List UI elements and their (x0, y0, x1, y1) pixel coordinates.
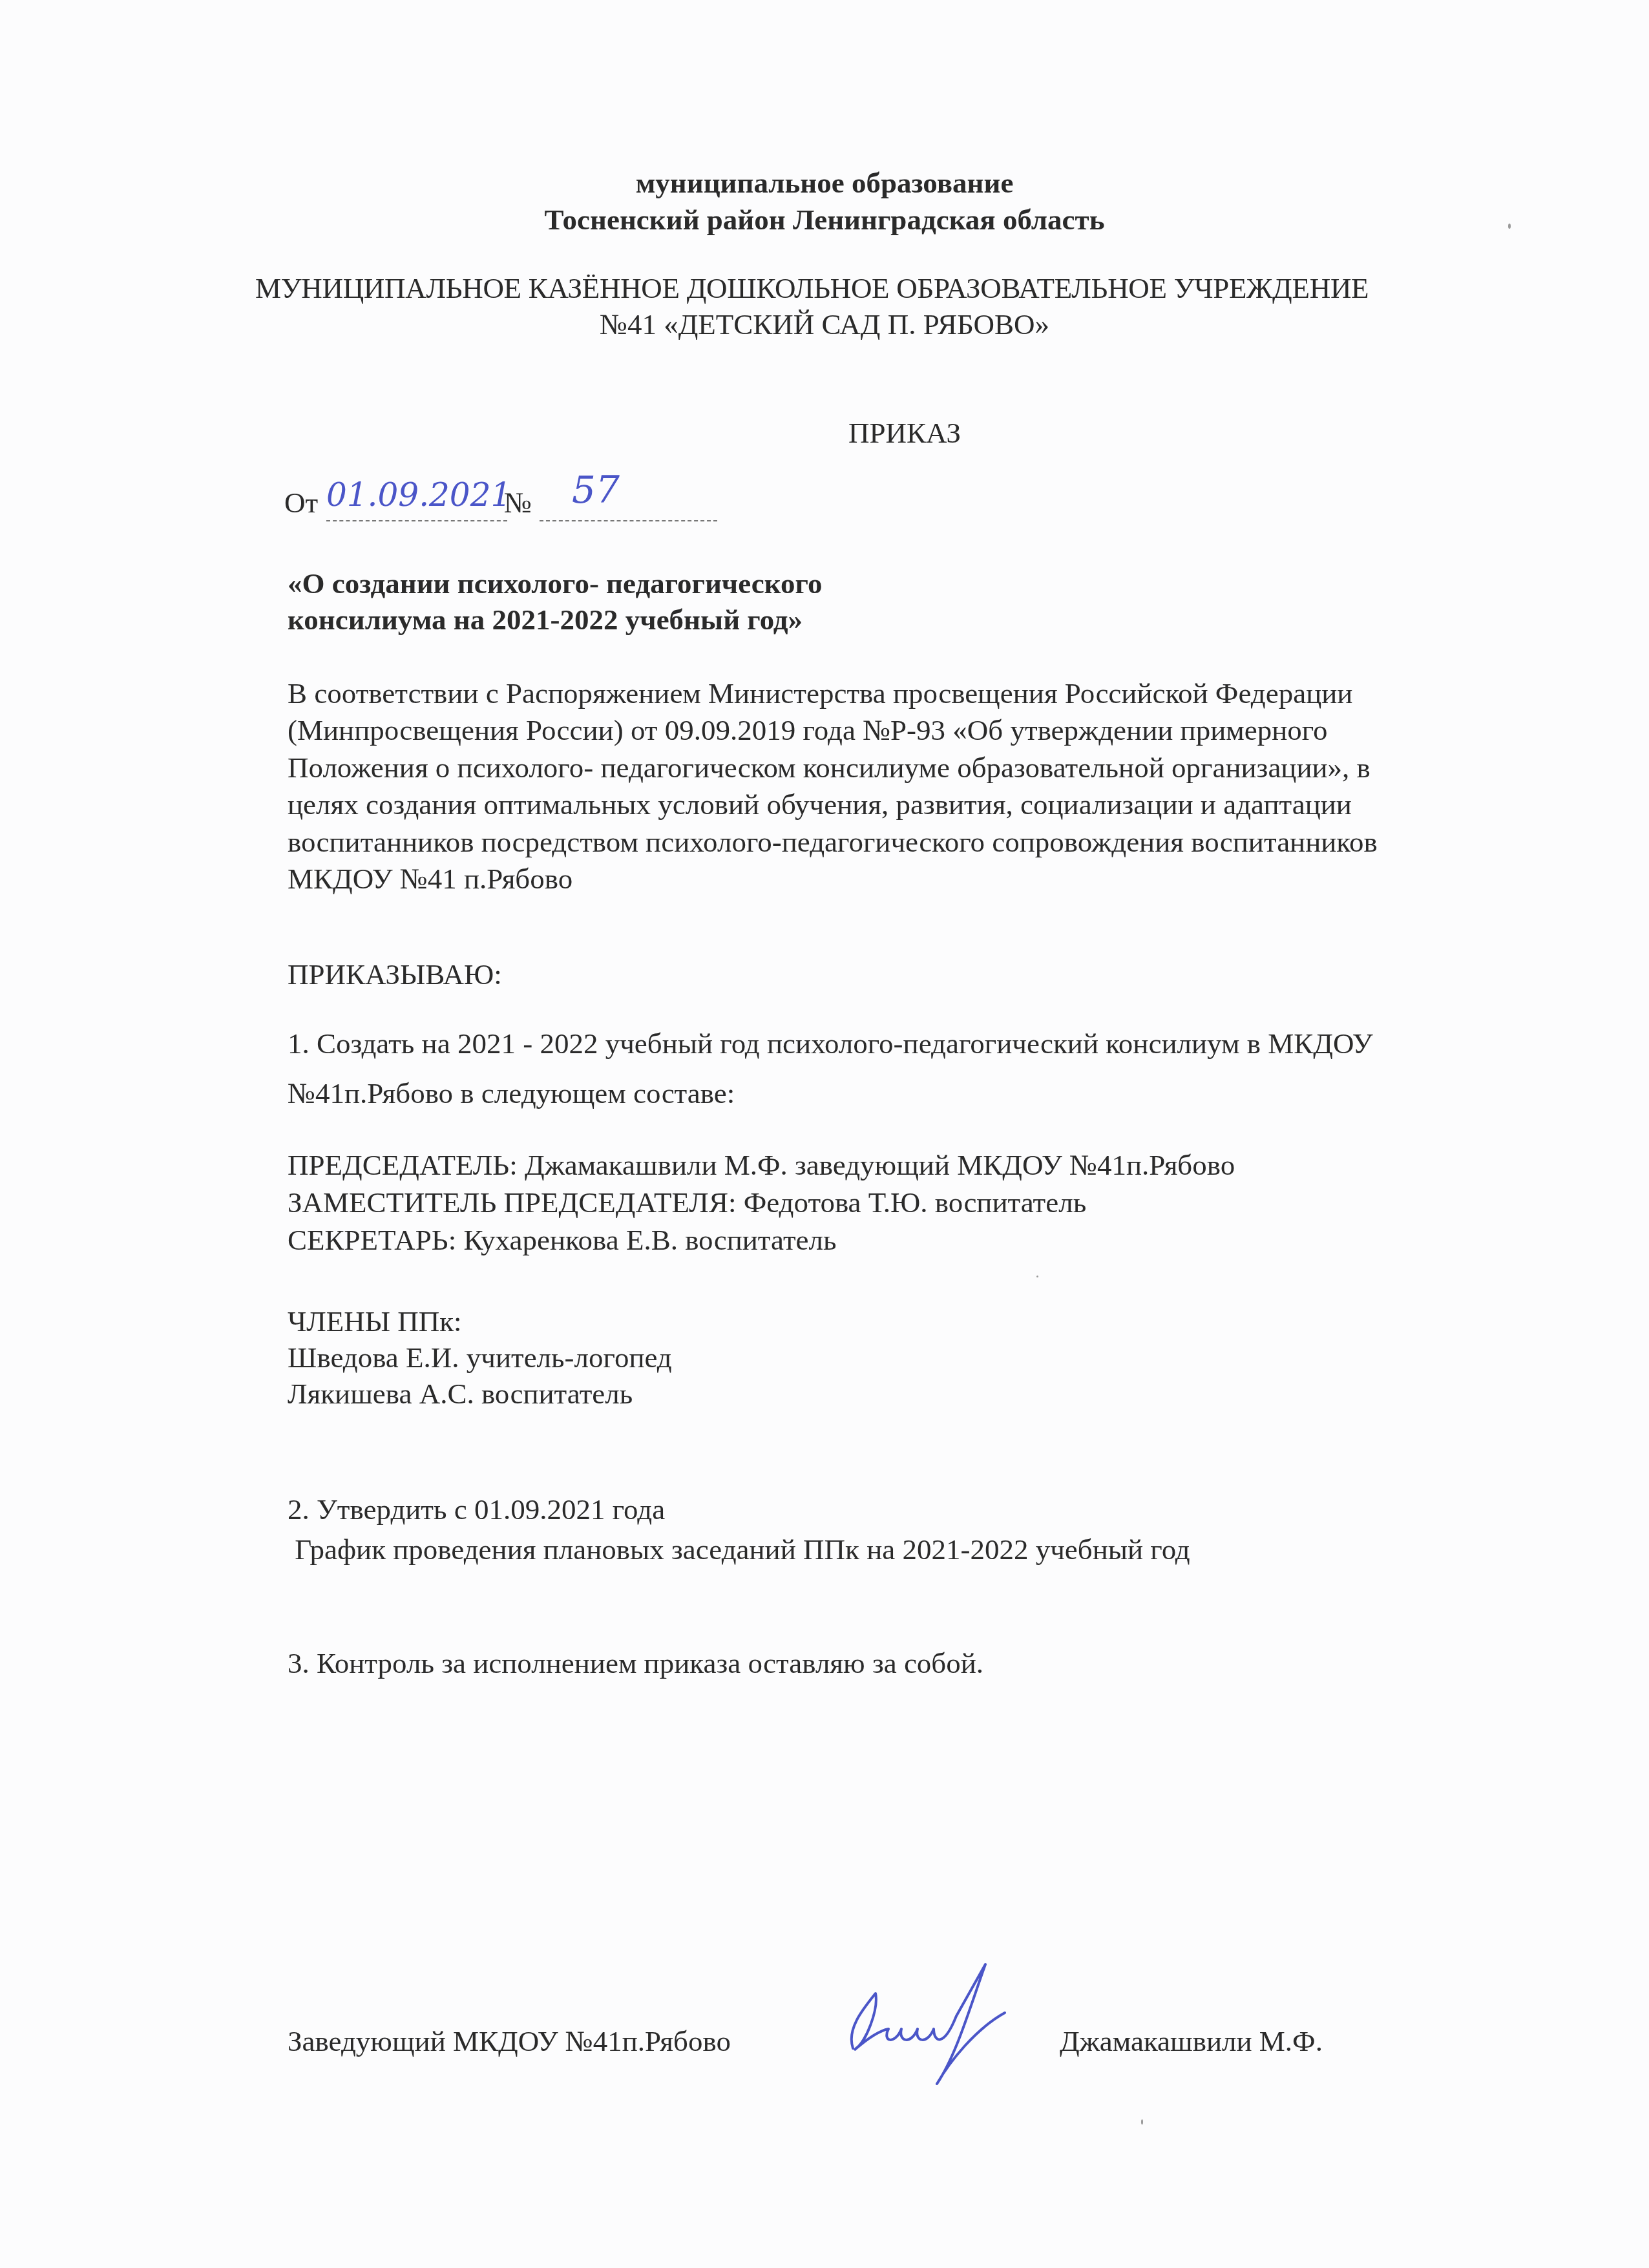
deputy-chair: ЗАМЕСТИТЕЛЬ ПРЕДСЕДАТЕЛЯ: Федотова Т.Ю. … (288, 1184, 1086, 1221)
chair: ПРЕДСЕДАТЕЛЬ: Джамакашвили М.Ф. заведующ… (288, 1147, 1235, 1183)
header-line2: Тосненский район Ленинградская область (0, 202, 1649, 238)
item2-line1: 2. Утвердить с 01.09.2021 года (288, 1491, 665, 1528)
signatory-position: Заведующий МКДОУ №41п.Рябово (288, 2023, 731, 2059)
command-label: ПРИКАЗЫВАЮ: (288, 956, 502, 992)
item3: 3. Контроль за исполнением приказа остав… (288, 1645, 983, 1681)
number-label: № (504, 485, 532, 521)
order-title: ПРИКАЗ (848, 415, 961, 451)
scan-speck (1141, 2119, 1143, 2125)
scan-speck (1508, 224, 1511, 229)
member-item: Лякишева А.С. воспитатель (288, 1376, 633, 1412)
item1-line1: 1. Создать на 2021 - 2022 учебный год пс… (288, 1025, 1373, 1062)
date-underline (326, 520, 507, 521)
org-name-line1: МУНИЦИПАЛЬНОЕ КАЗЁННОЕ ДОШКОЛЬНОЕ ОБРАЗО… (255, 270, 1369, 306)
item2-line2: График проведения плановых заседаний ППк… (288, 1531, 1190, 1568)
subject-line2: консилиума на 2021-2022 учебный год» (288, 602, 803, 638)
org-name-line2: №41 «ДЕТСКИЙ САД П. РЯБОВО» (0, 306, 1649, 342)
preamble-line: целях создания оптимальных условий обуче… (288, 786, 1352, 823)
member-item: Шведова Е.И. учитель-логопед (288, 1339, 672, 1376)
signatory-name: Джамакашвили М.Ф. (1060, 2023, 1323, 2059)
scan-speck (1036, 1276, 1038, 1277)
secretary: СЕКРЕТАРЬ: Кухаренкова Е.В. воспитатель (288, 1222, 837, 1258)
preamble-line: воспитанников посредством психолого-педа… (288, 824, 1378, 860)
preamble-line: Положения о психолого- педагогическом ко… (288, 750, 1371, 786)
signature-icon (827, 1951, 1034, 2087)
header-line1: муниципальное образование (0, 165, 1649, 201)
handwritten-number: 57 (572, 472, 620, 508)
members-label: ЧЛЕНЫ ППк: (288, 1303, 462, 1339)
preamble-line: МКДОУ №41 п.Рябово (288, 861, 572, 897)
preamble-line: В соответствии с Распоряжением Министерс… (288, 675, 1352, 711)
item1-line2: №41п.Рябово в следующем составе: (288, 1075, 735, 1111)
handwritten-date: 01.09.2021 (326, 477, 511, 513)
number-underline (540, 520, 717, 521)
preamble-line: (Минпросвещения России) от 09.09.2019 го… (288, 712, 1328, 748)
from-label: От (284, 485, 318, 521)
subject-line1: «О создании психолого- педагогического (288, 565, 822, 602)
